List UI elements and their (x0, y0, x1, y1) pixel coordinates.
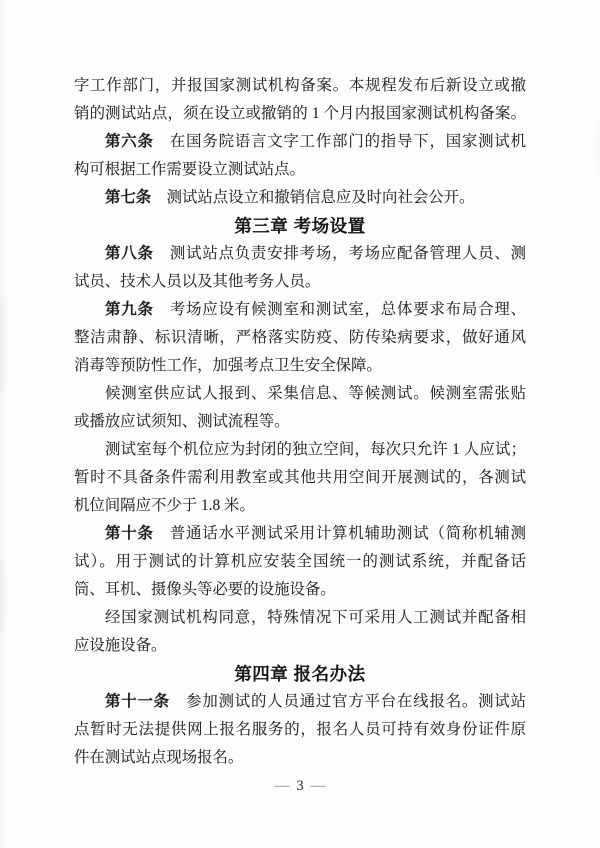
page-number-dash: — (304, 778, 333, 794)
text-segment: 消毒等预防性工作，加强考点卫生安全保障。 (74, 357, 382, 374)
page-number: —3— (74, 772, 526, 800)
chapter-heading: 第四章 报名办法 (74, 660, 526, 688)
document-text-block: 字工作部门，并报国家测试机构备案。本规程发布后新设立或撤销的测试站点，须在设立或… (74, 72, 526, 800)
text-line: 第八条 测试站点负责安排考场，考场应配备管理人员、测 (74, 240, 526, 268)
text-line: 试）。用于测试的计算机应安装全国统一的测试系统，并配备话 (74, 548, 526, 576)
text-line: 或播放应试须知、测试流程等。 (74, 408, 526, 436)
text-line: 消毒等预防性工作，加强考点卫生安全保障。 (74, 352, 526, 380)
scan-artifact (0, 0, 7, 848)
chapter-heading: 第三章 考场设置 (74, 212, 526, 240)
text-line: 试员、技术人员以及其他考务人员。 (74, 268, 526, 296)
text-segment: 暂时不具备条件需利用教室或其他共用空间开展测试的，各测试 (74, 469, 526, 486)
text-segment: 经国家测试机构同意，特殊情况下可采用人工测试并配备相 (105, 609, 526, 626)
article-number-label: 第七条 (105, 189, 151, 206)
text-line: 应设施设备。 (74, 632, 526, 660)
text-line: 候测室供应试人报到、采集信息、等候测试。候测室需张贴 (74, 380, 526, 408)
article-number-label: 第十条 (105, 525, 154, 542)
text-line: 第九条 考场应设有候测室和测试室，总体要求布局合理、 (74, 296, 526, 324)
text-line: 测试室每个机位应为封闭的独立空间，每次只允许 1 人应试； (74, 436, 526, 464)
text-line: 第六条 在国务院语言文字工作部门的指导下，国家测试机 (74, 128, 526, 156)
text-segment: 在国务院语言文字工作部门的指导下，国家测试机 (154, 133, 526, 150)
text-segment: 件在测试站点现场报名。 (74, 749, 243, 766)
text-line: 销的测试站点，须在设立或撤销的 1 个月内报国家测试机构备案。 (74, 100, 526, 128)
text-line: 筒、耳机、摄像头等必要的设施设备。 (74, 576, 526, 604)
text-line: 第七条 测试站点设立和撤销信息应及时向社会公开。 (74, 184, 526, 212)
page-number-dash: — (268, 778, 297, 794)
text-segment: 整洁肃静、标识清晰，严格落实防疫、防传染病要求，做好通风 (74, 329, 526, 346)
text-segment: 测试站点负责安排考场，考场应配备管理人员、测 (154, 245, 526, 262)
text-segment: 销的测试站点，须在设立或撤销的 1 个月内报国家测试机构备案。 (74, 105, 526, 122)
page-number-value: 3 (296, 778, 303, 794)
document-page: 字工作部门，并报国家测试机构备案。本规程发布后新设立或撤销的测试站点，须在设立或… (0, 0, 600, 848)
text-segment: 筒、耳机、摄像头等必要的设施设备。 (74, 581, 336, 598)
text-segment: 点暂时无法提供网上报名服务的，报名人员可持有效身份证件原 (74, 721, 526, 738)
text-line: 构可根据工作需要设立测试站点。 (74, 156, 526, 184)
text-line: 暂时不具备条件需利用教室或其他共用空间开展测试的，各测试 (74, 464, 526, 492)
text-segment: 应设施设备。 (74, 637, 166, 654)
text-segment: 普通话水平测试采用计算机辅助测试（简称机辅测 (154, 525, 526, 542)
text-line: 机位间隔应不少于 1.8 米。 (74, 492, 526, 520)
article-number-label: 第八条 (105, 245, 154, 262)
text-segment: 考场应设有候测室和测试室，总体要求布局合理、 (154, 301, 526, 318)
text-segment: 字工作部门，并报国家测试机构备案。本规程发布后新设立或撤 (74, 77, 526, 94)
text-segment: 候测室供应试人报到、采集信息、等候测试。候测室需张贴 (105, 385, 526, 402)
text-segment: 构可根据工作需要设立测试站点。 (74, 161, 305, 178)
article-number-label: 第九条 (105, 301, 154, 318)
text-line: 经国家测试机构同意，特殊情况下可采用人工测试并配备相 (74, 604, 526, 632)
article-number-label: 第十一条 (105, 693, 170, 710)
text-segment: 或播放应试须知、测试流程等。 (74, 413, 289, 430)
text-segment: 试员、技术人员以及其他考务人员。 (74, 273, 320, 290)
text-line: 字工作部门，并报国家测试机构备案。本规程发布后新设立或撤 (74, 72, 526, 100)
text-segment: 测试室每个机位应为封闭的独立空间，每次只允许 1 人应试； (105, 441, 526, 458)
text-line: 第十一条 参加测试的人员通过官方平台在线报名。测试站 (74, 688, 526, 716)
text-line: 件在测试站点现场报名。 (74, 744, 526, 772)
text-segment: 试）。用于测试的计算机应安装全国统一的测试系统，并配备话 (74, 553, 526, 570)
text-segment: 测试站点设立和撤销信息应及时向社会公开。 (151, 189, 474, 206)
text-segment: 机位间隔应不少于 1.8 米。 (74, 497, 255, 514)
text-line: 第十条 普通话水平测试采用计算机辅助测试（简称机辅测 (74, 520, 526, 548)
text-line: 点暂时无法提供网上报名服务的，报名人员可持有效身份证件原 (74, 716, 526, 744)
scan-artifact (596, 120, 600, 180)
article-number-label: 第六条 (105, 133, 154, 150)
text-segment: 参加测试的人员通过官方平台在线报名。测试站 (170, 693, 526, 710)
text-line: 整洁肃静、标识清晰，严格落实防疫、防传染病要求，做好通风 (74, 324, 526, 352)
